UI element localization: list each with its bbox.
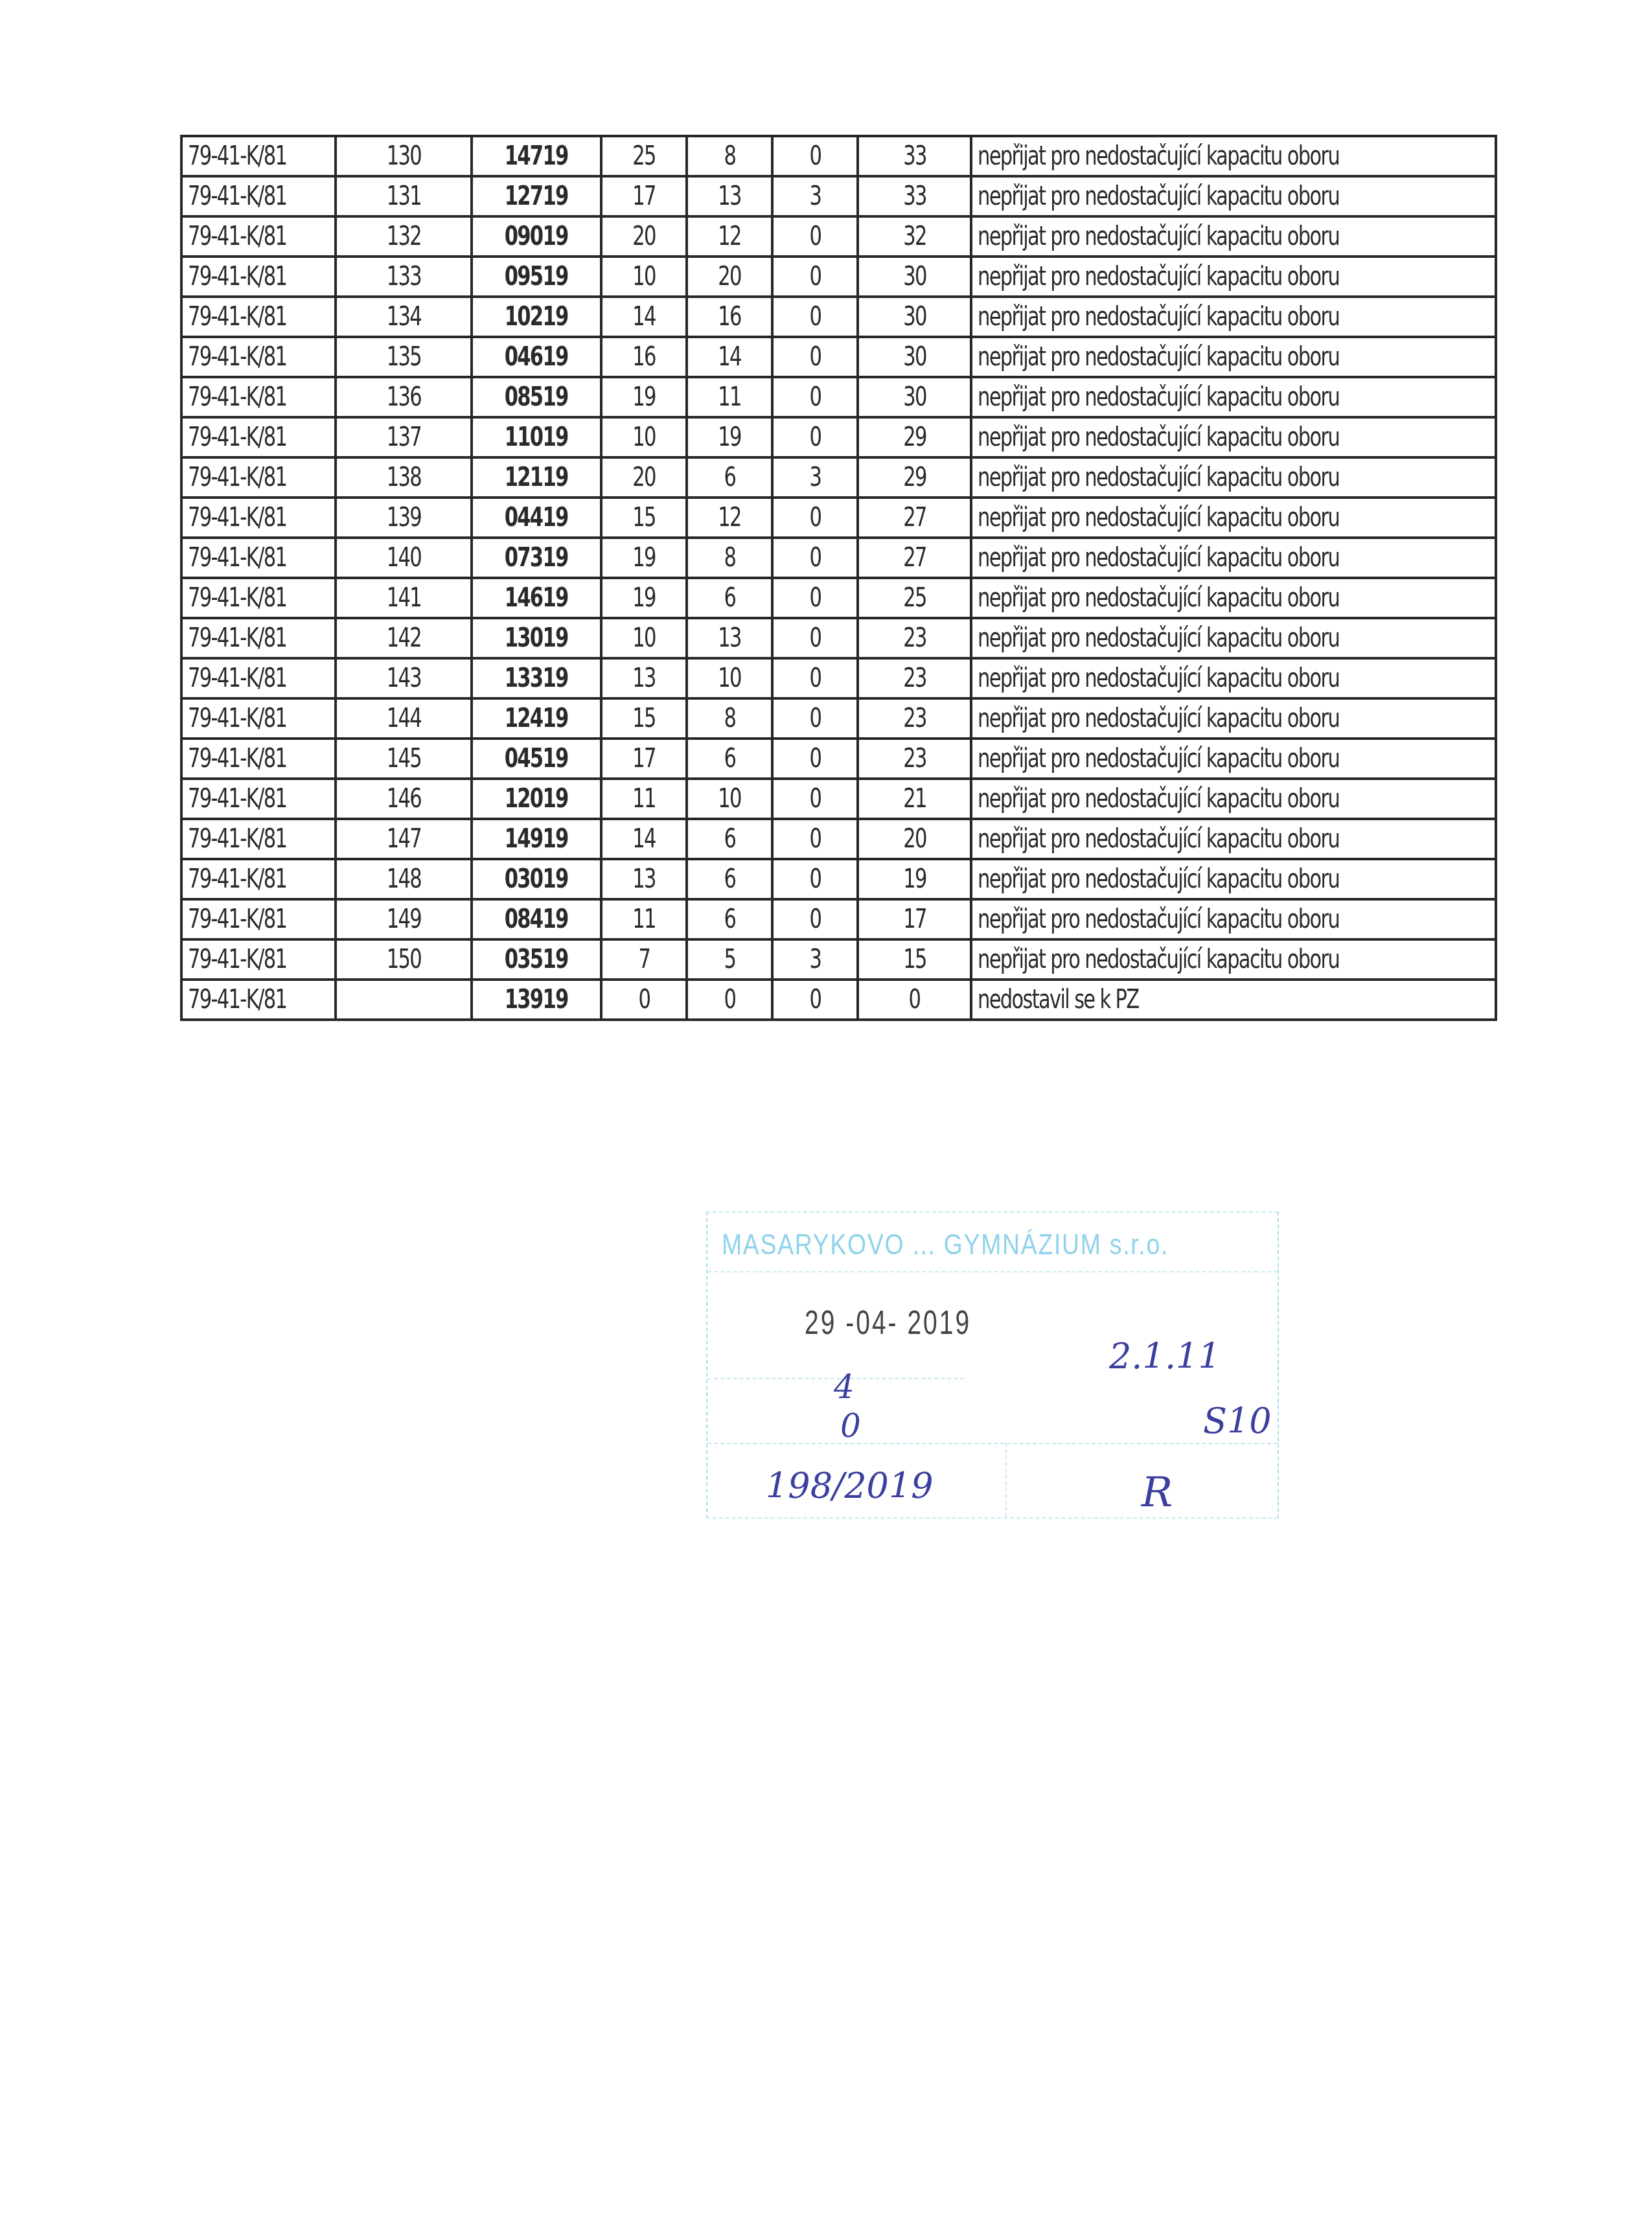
cell-field-code-text: 79-41-K/81 xyxy=(188,985,286,1015)
cell-applicant-code-text: 04519 xyxy=(505,744,568,774)
cell-total-score: 23 xyxy=(858,739,971,779)
cell-rank: 141 xyxy=(336,578,472,618)
table-row: 79-41-K/81136085191911030nepřijat pro ne… xyxy=(181,377,1496,417)
cell-result-note: nepřijat pro nedostačující kapacitu obor… xyxy=(971,899,1496,939)
cell-total-score: 29 xyxy=(858,457,971,498)
cell-rank-text: 133 xyxy=(386,262,420,292)
cell-score-b-text: 13 xyxy=(718,623,741,653)
cell-total-score-text: 30 xyxy=(903,262,926,292)
cell-score-a-text: 25 xyxy=(632,141,656,171)
cell-score-b: 6 xyxy=(687,457,772,498)
cell-score-a-text: 11 xyxy=(632,904,656,934)
stamp-divider xyxy=(1005,1443,1007,1517)
table-row: 79-41-K/81135046191614030nepřijat pro ne… xyxy=(181,337,1496,377)
cell-score-b: 14 xyxy=(687,337,772,377)
cell-applicant-code: 12119 xyxy=(472,457,601,498)
cell-score-c-text: 0 xyxy=(809,141,821,171)
cell-applicant-code-text: 10219 xyxy=(505,302,568,332)
cell-field-code: 79-41-K/81 xyxy=(181,658,336,698)
cell-rank: 135 xyxy=(336,337,472,377)
cell-score-c-text: 3 xyxy=(809,181,821,211)
cell-total-score-text: 23 xyxy=(903,623,926,653)
cell-field-code-text: 79-41-K/81 xyxy=(188,945,286,974)
cell-field-code-text: 79-41-K/81 xyxy=(188,262,286,292)
cell-score-c: 0 xyxy=(772,498,858,538)
cell-rank: 142 xyxy=(336,618,472,658)
cell-result-note-text: nepřijat pro nedostačující kapacitu obor… xyxy=(978,824,1339,854)
cell-total-score-text: 25 xyxy=(903,583,926,613)
cell-total-score-text: 29 xyxy=(903,463,926,492)
cell-total-score: 17 xyxy=(858,899,971,939)
cell-field-code: 79-41-K/81 xyxy=(181,538,336,578)
cell-applicant-code-text: 08419 xyxy=(505,904,568,934)
cell-score-b-text: 8 xyxy=(724,704,735,733)
cell-total-score-text: 17 xyxy=(903,904,926,934)
cell-field-code: 79-41-K/81 xyxy=(181,859,336,899)
cell-result-note-text: nepřijat pro nedostačující kapacitu obor… xyxy=(978,382,1339,412)
cell-score-a-text: 11 xyxy=(632,784,656,814)
cell-applicant-code-text: 13919 xyxy=(505,985,568,1015)
cell-score-b-text: 8 xyxy=(724,141,735,171)
cell-score-c-text: 0 xyxy=(809,623,821,653)
table-row: 79-41-K/8114007319198027nepřijat pro ned… xyxy=(181,538,1496,578)
cell-field-code: 79-41-K/81 xyxy=(181,498,336,538)
cell-rank-text: 142 xyxy=(386,623,420,653)
cell-total-score-text: 23 xyxy=(903,663,926,693)
cell-total-score-text: 23 xyxy=(903,744,926,774)
cell-score-a: 16 xyxy=(601,337,687,377)
cell-score-b: 0 xyxy=(687,980,772,1020)
cell-result-note-text: nedostavil se k PZ xyxy=(978,985,1139,1015)
table-row: 79-41-K/81132090192012032nepřijat pro ne… xyxy=(181,216,1496,257)
cell-score-a: 19 xyxy=(601,578,687,618)
cell-score-b: 12 xyxy=(687,498,772,538)
cell-total-score-text: 30 xyxy=(903,382,926,412)
cell-total-score: 29 xyxy=(858,417,971,457)
handwritten-count: 4 xyxy=(834,1368,855,1406)
cell-score-a: 13 xyxy=(601,859,687,899)
cell-result-note-text: nepřijat pro nedostačující kapacitu obor… xyxy=(978,463,1339,492)
cell-score-c-text: 0 xyxy=(809,342,821,372)
cell-result-note-text: nepřijat pro nedostačující kapacitu obor… xyxy=(978,342,1339,372)
handwritten-file-code: 2.1.11 xyxy=(1109,1336,1221,1377)
table-row: 79-41-K/81131127191713333nepřijat pro ne… xyxy=(181,176,1496,216)
cell-rank-text: 132 xyxy=(386,222,420,251)
cell-field-code-text: 79-41-K/81 xyxy=(188,623,286,653)
cell-score-a-text: 19 xyxy=(632,583,656,613)
cell-result-note: nepřijat pro nedostačující kapacitu obor… xyxy=(971,377,1496,417)
cell-score-a-text: 7 xyxy=(638,945,650,974)
cell-rank: 132 xyxy=(336,216,472,257)
cell-applicant-code: 12719 xyxy=(472,176,601,216)
cell-applicant-code: 04619 xyxy=(472,337,601,377)
cell-total-score: 33 xyxy=(858,136,971,176)
cell-total-score: 27 xyxy=(858,538,971,578)
cell-result-note: nepřijat pro nedostačující kapacitu obor… xyxy=(971,136,1496,176)
table-row: 79-41-K/81139190000nedostavil se k PZ xyxy=(181,980,1496,1020)
cell-rank: 133 xyxy=(336,257,472,297)
cell-score-c: 0 xyxy=(772,899,858,939)
cell-total-score-text: 21 xyxy=(903,784,926,814)
cell-field-code-text: 79-41-K/81 xyxy=(188,904,286,934)
cell-rank-text: 130 xyxy=(386,141,420,171)
cell-score-c: 0 xyxy=(772,538,858,578)
cell-score-c: 3 xyxy=(772,457,858,498)
table-row: 79-41-K/811500351975315nepřijat pro nedo… xyxy=(181,939,1496,980)
cell-score-a: 11 xyxy=(601,899,687,939)
cell-total-score: 30 xyxy=(858,337,971,377)
cell-score-a-text: 10 xyxy=(632,262,656,292)
table-row: 79-41-K/81134102191416030nepřijat pro ne… xyxy=(181,297,1496,337)
cell-rank: 131 xyxy=(336,176,472,216)
cell-score-b: 10 xyxy=(687,779,772,819)
cell-field-code: 79-41-K/81 xyxy=(181,337,336,377)
cell-applicant-code-text: 12119 xyxy=(505,463,568,492)
cell-total-score-text: 32 xyxy=(903,222,926,251)
cell-score-a: 0 xyxy=(601,980,687,1020)
cell-result-note-text: nepřijat pro nedostačující kapacitu obor… xyxy=(978,744,1339,774)
cell-score-c-text: 0 xyxy=(809,262,821,292)
cell-rank: 146 xyxy=(336,779,472,819)
cell-applicant-code: 03519 xyxy=(472,939,601,980)
cell-rank: 136 xyxy=(336,377,472,417)
cell-result-note-text: nepřijat pro nedostačující kapacitu obor… xyxy=(978,302,1339,332)
cell-rank-text: 138 xyxy=(386,463,420,492)
cell-score-a-text: 13 xyxy=(632,864,656,894)
cell-field-code-text: 79-41-K/81 xyxy=(188,463,286,492)
cell-score-a-text: 20 xyxy=(632,463,656,492)
cell-result-note-text: nepřijat pro nedostačující kapacitu obor… xyxy=(978,704,1339,733)
cell-score-b: 16 xyxy=(687,297,772,337)
cell-rank: 139 xyxy=(336,498,472,538)
cell-applicant-code: 14719 xyxy=(472,136,601,176)
cell-result-note-text: nepřijat pro nedostačující kapacitu obor… xyxy=(978,945,1339,974)
table-row: 79-41-K/8114803019136019nepřijat pro ned… xyxy=(181,859,1496,899)
table-body: 79-41-K/8113014719258033nepřijat pro ned… xyxy=(181,136,1496,1020)
cell-score-c: 0 xyxy=(772,136,858,176)
cell-rank: 144 xyxy=(336,698,472,739)
cell-score-b: 20 xyxy=(687,257,772,297)
cell-score-c-text: 0 xyxy=(809,583,821,613)
cell-score-c: 3 xyxy=(772,939,858,980)
cell-rank: 143 xyxy=(336,658,472,698)
cell-field-code: 79-41-K/81 xyxy=(181,297,336,337)
cell-score-b-text: 16 xyxy=(718,302,741,332)
cell-field-code-text: 79-41-K/81 xyxy=(188,302,286,332)
cell-total-score: 15 xyxy=(858,939,971,980)
cell-result-note-text: nepřijat pro nedostačující kapacitu obor… xyxy=(978,623,1339,653)
cell-applicant-code: 09519 xyxy=(472,257,601,297)
cell-rank: 147 xyxy=(336,819,472,859)
cell-score-a: 19 xyxy=(601,377,687,417)
table-row: 79-41-K/81137110191019029nepřijat pro ne… xyxy=(181,417,1496,457)
cell-score-b: 19 xyxy=(687,417,772,457)
cell-rank: 148 xyxy=(336,859,472,899)
cell-rank-text: 140 xyxy=(386,543,420,573)
cell-applicant-code: 04419 xyxy=(472,498,601,538)
cell-score-c: 0 xyxy=(772,658,858,698)
cell-score-c-text: 0 xyxy=(809,422,821,452)
cell-result-note-text: nepřijat pro nedostačující kapacitu obor… xyxy=(978,663,1339,693)
cell-score-a: 20 xyxy=(601,216,687,257)
cell-rank: 145 xyxy=(336,739,472,779)
table-row: 79-41-K/8114412419158023nepřijat pro ned… xyxy=(181,698,1496,739)
cell-total-score-text: 19 xyxy=(903,864,926,894)
cell-field-code-text: 79-41-K/81 xyxy=(188,141,286,171)
cell-result-note: nepřijat pro nedostačující kapacitu obor… xyxy=(971,859,1496,899)
cell-applicant-code-text: 04419 xyxy=(505,503,568,533)
cell-rank-text: 143 xyxy=(386,663,420,693)
cell-score-c: 0 xyxy=(772,618,858,658)
cell-score-c: 0 xyxy=(772,980,858,1020)
cell-applicant-code-text: 12719 xyxy=(505,181,568,211)
cell-applicant-code: 10219 xyxy=(472,297,601,337)
cell-score-c: 3 xyxy=(772,176,858,216)
cell-rank-text: 149 xyxy=(386,904,420,934)
table-row: 79-41-K/8113014719258033nepřijat pro ned… xyxy=(181,136,1496,176)
cell-field-code: 79-41-K/81 xyxy=(181,136,336,176)
cell-score-c: 0 xyxy=(772,698,858,739)
cell-total-score-text: 27 xyxy=(903,503,926,533)
cell-score-a: 10 xyxy=(601,618,687,658)
cell-score-c-text: 0 xyxy=(809,864,821,894)
cell-result-note: nepřijat pro nedostačující kapacitu obor… xyxy=(971,739,1496,779)
cell-score-c-text: 3 xyxy=(809,463,821,492)
cell-score-a: 14 xyxy=(601,819,687,859)
handwritten-reference-number: 198/2019 xyxy=(766,1465,934,1506)
cell-score-b-text: 6 xyxy=(724,583,735,613)
cell-score-a-text: 17 xyxy=(632,744,656,774)
cell-applicant-code: 12019 xyxy=(472,779,601,819)
cell-applicant-code: 07319 xyxy=(472,538,601,578)
cell-result-note: nepřijat pro nedostačující kapacitu obor… xyxy=(971,618,1496,658)
cell-score-a: 14 xyxy=(601,297,687,337)
admission-results-table: 79-41-K/8113014719258033nepřijat pro ned… xyxy=(180,135,1497,1021)
table-row: 79-41-K/8114714919146020nepřijat pro ned… xyxy=(181,819,1496,859)
cell-result-note: nepřijat pro nedostačující kapacitu obor… xyxy=(971,417,1496,457)
cell-result-note-text: nepřijat pro nedostačující kapacitu obor… xyxy=(978,543,1339,573)
cell-result-note-text: nepřijat pro nedostačující kapacitu obor… xyxy=(978,422,1339,452)
cell-score-b: 10 xyxy=(687,658,772,698)
cell-field-code-text: 79-41-K/81 xyxy=(188,222,286,251)
cell-total-score: 30 xyxy=(858,377,971,417)
cell-applicant-code-text: 04619 xyxy=(505,342,568,372)
cell-score-c: 0 xyxy=(772,297,858,337)
cell-score-a-text: 13 xyxy=(632,663,656,693)
cell-score-c: 0 xyxy=(772,859,858,899)
handwritten-attachments: 0 xyxy=(840,1407,861,1445)
cell-total-score-text: 20 xyxy=(903,824,926,854)
cell-score-a: 7 xyxy=(601,939,687,980)
cell-total-score-text: 0 xyxy=(909,985,921,1015)
cell-field-code: 79-41-K/81 xyxy=(181,819,336,859)
cell-field-code-text: 79-41-K/81 xyxy=(188,181,286,211)
cell-applicant-code-text: 14919 xyxy=(505,824,568,854)
cell-applicant-code-text: 12419 xyxy=(505,704,568,733)
cell-applicant-code: 13319 xyxy=(472,658,601,698)
cell-total-score: 32 xyxy=(858,216,971,257)
table-row: 79-41-K/8114504519176023nepřijat pro ned… xyxy=(181,739,1496,779)
cell-applicant-code-text: 09519 xyxy=(505,262,568,292)
cell-field-code: 79-41-K/81 xyxy=(181,779,336,819)
cell-rank-text: 134 xyxy=(386,302,420,332)
cell-score-a: 25 xyxy=(601,136,687,176)
cell-score-b-text: 12 xyxy=(718,503,741,533)
cell-score-b-text: 6 xyxy=(724,824,735,854)
cell-total-score-text: 15 xyxy=(903,945,926,974)
cell-result-note: nepřijat pro nedostačující kapacitu obor… xyxy=(971,698,1496,739)
cell-rank: 140 xyxy=(336,538,472,578)
cell-score-b-text: 13 xyxy=(718,181,741,211)
cell-score-a-text: 17 xyxy=(632,181,656,211)
cell-rank-text: 136 xyxy=(386,382,420,412)
cell-total-score: 23 xyxy=(858,658,971,698)
cell-field-code-text: 79-41-K/81 xyxy=(188,864,286,894)
cell-rank: 150 xyxy=(336,939,472,980)
cell-field-code-text: 79-41-K/81 xyxy=(188,382,286,412)
cell-field-code: 79-41-K/81 xyxy=(181,618,336,658)
cell-result-note: nepřijat pro nedostačující kapacitu obor… xyxy=(971,819,1496,859)
cell-score-a-text: 16 xyxy=(632,342,656,372)
cell-result-note: nepřijat pro nedostačující kapacitu obor… xyxy=(971,578,1496,618)
cell-total-score: 23 xyxy=(858,698,971,739)
cell-score-a: 17 xyxy=(601,739,687,779)
cell-applicant-code: 03019 xyxy=(472,859,601,899)
cell-score-c: 0 xyxy=(772,779,858,819)
cell-applicant-code: 04519 xyxy=(472,739,601,779)
cell-total-score: 33 xyxy=(858,176,971,216)
cell-total-score: 19 xyxy=(858,859,971,899)
cell-field-code-text: 79-41-K/81 xyxy=(188,583,286,613)
cell-applicant-code-text: 08519 xyxy=(505,382,568,412)
cell-result-note: nepřijat pro nedostačující kapacitu obor… xyxy=(971,939,1496,980)
cell-score-b-text: 6 xyxy=(724,463,735,492)
cell-applicant-code: 14619 xyxy=(472,578,601,618)
cell-result-note: nepřijat pro nedostačující kapacitu obor… xyxy=(971,658,1496,698)
cell-score-a-text: 15 xyxy=(632,704,656,733)
cell-result-note-text: nepřijat pro nedostačující kapacitu obor… xyxy=(978,222,1339,251)
cell-field-code-text: 79-41-K/81 xyxy=(188,704,286,733)
cell-total-score: 20 xyxy=(858,819,971,859)
cell-result-note: nepřijat pro nedostačující kapacitu obor… xyxy=(971,297,1496,337)
cell-score-c-text: 0 xyxy=(809,904,821,934)
cell-field-code-text: 79-41-K/81 xyxy=(188,744,286,774)
cell-result-note-text: nepřijat pro nedostačující kapacitu obor… xyxy=(978,181,1339,211)
cell-rank-text: 145 xyxy=(386,744,420,774)
cell-score-a: 13 xyxy=(601,658,687,698)
cell-applicant-code: 14919 xyxy=(472,819,601,859)
cell-score-c-text: 0 xyxy=(809,543,821,573)
cell-applicant-code: 13919 xyxy=(472,980,601,1020)
cell-score-b: 6 xyxy=(687,739,772,779)
cell-result-note-text: nepřijat pro nedostačující kapacitu obor… xyxy=(978,583,1339,613)
cell-score-a: 20 xyxy=(601,457,687,498)
cell-total-score: 30 xyxy=(858,257,971,297)
cell-total-score-text: 30 xyxy=(903,302,926,332)
cell-score-b: 6 xyxy=(687,859,772,899)
cell-applicant-code-text: 13019 xyxy=(505,623,568,653)
table-row: 79-41-K/81146120191110021nepřijat pro ne… xyxy=(181,779,1496,819)
table-row: 79-41-K/81133095191020030nepřijat pro ne… xyxy=(181,257,1496,297)
cell-score-b-text: 10 xyxy=(718,784,741,814)
cell-total-score: 21 xyxy=(858,779,971,819)
cell-field-code: 79-41-K/81 xyxy=(181,377,336,417)
cell-total-score-text: 27 xyxy=(903,543,926,573)
cell-score-c: 0 xyxy=(772,739,858,779)
cell-score-c: 0 xyxy=(772,216,858,257)
stamp-organization: MASARYKOVO ... GYMNÁZIUM s.r.o. xyxy=(722,1229,1169,1261)
cell-field-code: 79-41-K/81 xyxy=(181,417,336,457)
cell-score-b: 13 xyxy=(687,176,772,216)
cell-total-score-text: 23 xyxy=(903,704,926,733)
table-row: 79-41-K/81143133191310023nepřijat pro ne… xyxy=(181,658,1496,698)
cell-applicant-code: 11019 xyxy=(472,417,601,457)
table-row: 79-41-K/81142130191013023nepřijat pro ne… xyxy=(181,618,1496,658)
cell-score-a-text: 20 xyxy=(632,222,656,251)
handwritten-signature: R xyxy=(1141,1469,1173,1517)
cell-total-score: 0 xyxy=(858,980,971,1020)
cell-rank-text: 146 xyxy=(386,784,420,814)
cell-result-note: nepřijat pro nedostačující kapacitu obor… xyxy=(971,498,1496,538)
cell-score-a: 11 xyxy=(601,779,687,819)
cell-applicant-code-text: 11019 xyxy=(505,422,568,452)
cell-score-b-text: 8 xyxy=(724,543,735,573)
cell-field-code: 79-41-K/81 xyxy=(181,216,336,257)
cell-total-score-text: 30 xyxy=(903,342,926,372)
cell-field-code: 79-41-K/81 xyxy=(181,939,336,980)
cell-score-c: 0 xyxy=(772,337,858,377)
cell-score-c: 0 xyxy=(772,819,858,859)
cell-total-score: 30 xyxy=(858,297,971,337)
cell-applicant-code: 12419 xyxy=(472,698,601,739)
cell-total-score-text: 29 xyxy=(903,422,926,452)
cell-score-b-text: 6 xyxy=(724,864,735,894)
cell-applicant-code-text: 09019 xyxy=(505,222,568,251)
cell-score-b-text: 6 xyxy=(724,744,735,774)
cell-field-code: 79-41-K/81 xyxy=(181,899,336,939)
cell-rank: 130 xyxy=(336,136,472,176)
cell-score-a: 10 xyxy=(601,417,687,457)
cell-score-a: 15 xyxy=(601,698,687,739)
cell-score-b-text: 11 xyxy=(718,382,741,412)
cell-score-b: 8 xyxy=(687,538,772,578)
cell-score-b: 11 xyxy=(687,377,772,417)
cell-total-score-text: 33 xyxy=(903,181,926,211)
cell-score-c: 0 xyxy=(772,417,858,457)
cell-result-note-text: nepřijat pro nedostačující kapacitu obor… xyxy=(978,503,1339,533)
cell-score-b-text: 12 xyxy=(718,222,741,251)
cell-applicant-code-text: 12019 xyxy=(505,784,568,814)
cell-score-c: 0 xyxy=(772,578,858,618)
cell-result-note-text: nepřijat pro nedostačující kapacitu obor… xyxy=(978,262,1339,292)
cell-score-b-text: 0 xyxy=(724,985,735,1015)
cell-rank-text: 135 xyxy=(386,342,420,372)
cell-total-score: 23 xyxy=(858,618,971,658)
cell-score-c: 0 xyxy=(772,257,858,297)
cell-score-a-text: 14 xyxy=(632,302,656,332)
cell-score-a: 19 xyxy=(601,538,687,578)
cell-score-c-text: 3 xyxy=(809,945,821,974)
cell-field-code-text: 79-41-K/81 xyxy=(188,784,286,814)
cell-score-b: 6 xyxy=(687,819,772,859)
cell-score-b-text: 19 xyxy=(718,422,741,452)
cell-field-code-text: 79-41-K/81 xyxy=(188,422,286,452)
cell-rank-text: 131 xyxy=(386,181,420,211)
cell-rank-text: 147 xyxy=(386,824,420,854)
cell-rank-text: 141 xyxy=(386,583,420,613)
cell-score-c-text: 0 xyxy=(809,663,821,693)
cell-total-score: 25 xyxy=(858,578,971,618)
